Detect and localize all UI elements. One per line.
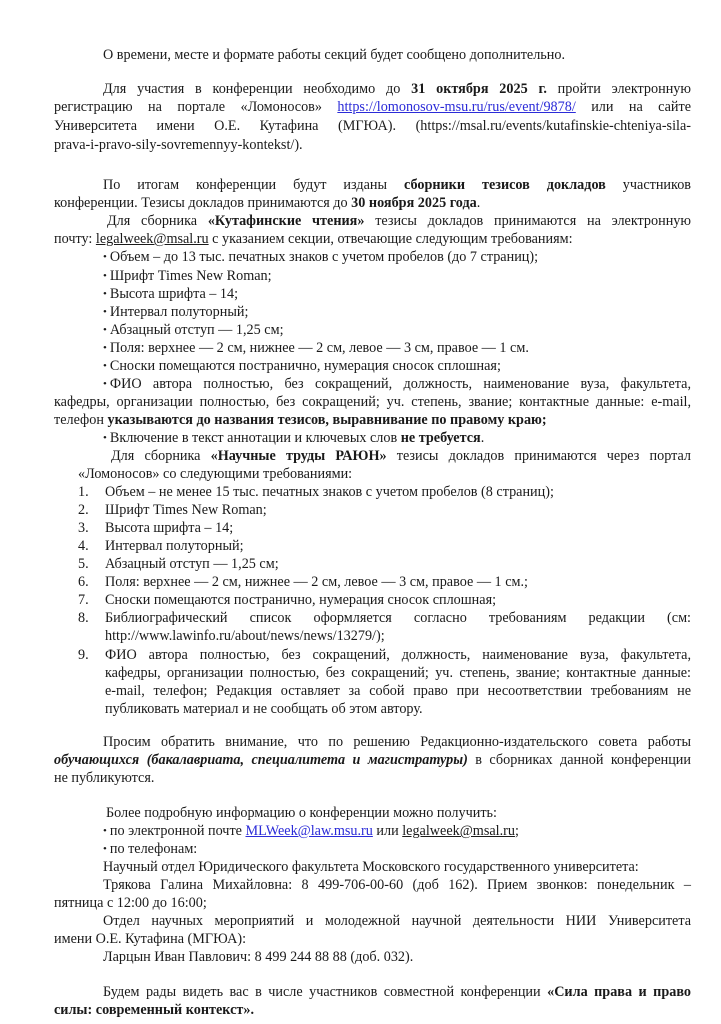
legalweek-email-link-2[interactable]: legalweek@msal.ru [402,823,515,839]
msal-department-line-2: имени О.Е. Кутафина (МГЮА): [54,930,246,948]
raion-item-1: 1.Объем – не менее 15 тыс. печатных знак… [78,483,554,501]
text: тезисы докладов принимаются на электронн… [364,213,691,229]
closing-line-2: силы: современный контекст». [54,1001,254,1019]
raion-title: «Научные труды РАЮН» [211,448,387,464]
notice-line-2: обучающихся (бакалавриата, специалитета … [54,751,691,769]
raion-item-6: 6.Поля: верхнее — 2 см, нижнее — 2 см, л… [78,573,528,591]
mlweek-email-link[interactable]: MLWeek@law.msu.ru [246,823,373,839]
collections-line-1: По итогам конференции будут изданы сборн… [103,176,691,194]
sections-info-paragraph: О времени, месте и формате работы секций… [103,46,565,64]
msu-department: Научный отдел Юридического факультета Мо… [103,858,639,876]
raion-item-9-line-2: кафедры, организации полностью, без сокр… [105,664,691,682]
item-text: Поля: верхнее — 2 см, нижнее — 2 см, лев… [105,574,528,590]
item-number: 2. [78,501,105,519]
raion-item-9-number: 9. [78,646,89,664]
conference-title-part-1: «Сила права и право [547,984,691,1000]
theses-deadline: 30 ноября 2025 года [351,195,477,211]
text: Будем рады видеть вас в числе участников… [103,984,547,1000]
item-number: 7. [78,591,105,609]
raion-item-9-line-1: ФИО автора полностью, без сокращений, до… [105,646,691,664]
item-text: Объем – не менее 15 тыс. печатных знаков… [105,484,554,500]
text: Для сборника [111,448,211,464]
kutafin-title: «Кутафинские чтения» [208,213,365,229]
collections-bold: сборники тезисов докладов [404,177,606,193]
item-number: 4. [78,537,105,555]
item-text: Интервал полуторный; [105,538,244,554]
lomonosov-event-link[interactable]: https://lomonosov-msu.ru/rus/event/9878/ [337,99,575,115]
text: в сборниках данной конференции [468,752,691,768]
contacts-phones-label: по телефонам: [103,840,197,859]
kutafin-fio-line-2: кафедры, организации полностью, без сокр… [54,393,691,411]
text: По итогам конференции будут изданы [103,177,404,193]
contacts-email-line: по электронной почте MLWeek@law.msu.ru и… [103,822,519,841]
kutafin-bullet-7: Сноски помещаются постранично, нумерация… [103,357,501,376]
registration-line-3: Университета имени О.Е. Кутафина (МГЮА).… [54,117,691,135]
raion-item-8-line-1: Библиографический список оформляется сог… [105,609,691,627]
text: с указанием секции, отвечающие следующим… [209,231,573,247]
item-text: Сноски помещаются постранично, нумерация… [105,592,496,608]
text: конференции. Тезисы докладов принимаются… [54,195,351,211]
msu-contact-line-1: Трякова Галина Михайловна: 8 499-706-00-… [103,876,691,894]
text: Включение в текст аннотации и ключевых с… [110,430,401,446]
closing-line-1: Будем рады видеть вас в числе участников… [103,983,691,1001]
registration-line-4: prava-i-pravo-sily-sovremennyy-kontekst/… [54,136,303,154]
kutafin-bullet-4: Интервал полуторный; [103,303,248,322]
kutafin-bullet-1: Объем – до 13 тыс. печатных знаков с уче… [103,248,538,267]
registration-deadline: 31 октября 2025 г. [411,81,547,97]
item-text: Абзацный отступ — 1,25 см; [105,556,279,572]
item-number: 5. [78,555,105,573]
text: регистрацию на портале «Ломоносов» [54,99,337,115]
item-number: 1. [78,483,105,501]
text: . [481,430,485,446]
raion-item-8-line-2: http://www.lawinfo.ru/about/news/news/13… [105,627,385,645]
conference-title-part-2: силы: современный контекст». [54,1002,254,1018]
item-number: 3. [78,519,105,537]
raion-line-2: «Ломоносов» со следующими требованиями: [78,465,352,483]
item-text: Высота шрифта – 14; [105,520,233,536]
kutafin-bullet-3: Высота шрифта – 14; [103,285,238,304]
text: ; [515,823,519,839]
collections-line-2: конференции. Тезисы докладов принимаются… [54,194,480,212]
text: . [477,195,481,211]
raion-item-8-number: 8. [78,609,89,627]
registration-line-1: Для участия в конференции необходимо до … [103,80,691,98]
text: или [373,823,402,839]
contacts-intro: Более подробную информацию о конференции… [106,804,497,822]
text: телефон [54,412,107,428]
text: по электронной почте [110,823,246,839]
item-text: Шрифт Times New Roman; [105,502,267,518]
registration-line-2: регистрацию на портале «Ломоносов» https… [54,98,691,116]
kutafin-line-2: почту: legalweek@msal.ru с указанием сек… [54,230,573,248]
msal-contact: Ларцын Иван Павлович: 8 499 244 88 88 (д… [103,948,413,966]
document-page: О времени, месте и формате работы секций… [0,0,721,1024]
raion-item-3: 3.Высота шрифта – 14; [78,519,233,537]
legalweek-email-link[interactable]: legalweek@msal.ru [96,231,209,247]
notice-line-3: не публикуются. [54,769,154,787]
text: Для участия в конференции необходимо до [103,81,411,97]
item-number: 6. [78,573,105,591]
kutafin-bullet-2: Шрифт Times New Roman; [103,267,272,286]
raion-item-4: 4.Интервал полуторный; [78,537,244,555]
kutafin-fio-line-3: телефон указываются до названия тезисов,… [54,411,547,429]
students-emphasis: обучающихся (бакалавриата, специалитета … [54,752,468,768]
text: участников [606,177,691,193]
text: почту: [54,231,96,247]
kutafin-fio-line-1: ФИО автора полностью, без сокращений, до… [103,375,691,394]
raion-item-9-line-4: публиковать материал и не сообщать об эт… [105,700,423,718]
msal-department-line-1: Отдел научных мероприятий и молодежной н… [103,912,691,930]
fio-placement-note: указываются до названия тезисов, выравни… [107,412,546,428]
text: или на сайте [576,99,691,115]
kutafin-line-1: Для сборника «Кутафинские чтения» тезисы… [107,212,691,230]
not-required: не требуется [401,430,481,446]
raion-line-1: Для сборника «Научные труды РАЮН» тезисы… [111,447,691,465]
text: Для сборника [107,213,208,229]
raion-item-5: 5.Абзацный отступ — 1,25 см; [78,555,279,573]
raion-item-9-line-3: e-mail, телефон; Редакция оставляет за с… [105,682,691,700]
kutafin-bullet-6: Поля: верхнее — 2 см, нижнее — 2 см, лев… [103,339,529,358]
raion-item-2: 2.Шрифт Times New Roman; [78,501,267,519]
notice-line-1: Просим обратить внимание, что по решению… [103,733,691,751]
text: тезисы докладов принимаются через портал [387,448,691,464]
msu-contact-line-2: пятница с 12:00 до 16:00; [54,894,207,912]
kutafin-bullet-5: Абзацный отступ — 1,25 см; [103,321,284,340]
raion-item-7: 7.Сноски помещаются постранично, нумерац… [78,591,496,609]
text: пройти электронную [547,81,691,97]
kutafin-bullet-last: Включение в текст аннотации и ключевых с… [103,429,484,448]
